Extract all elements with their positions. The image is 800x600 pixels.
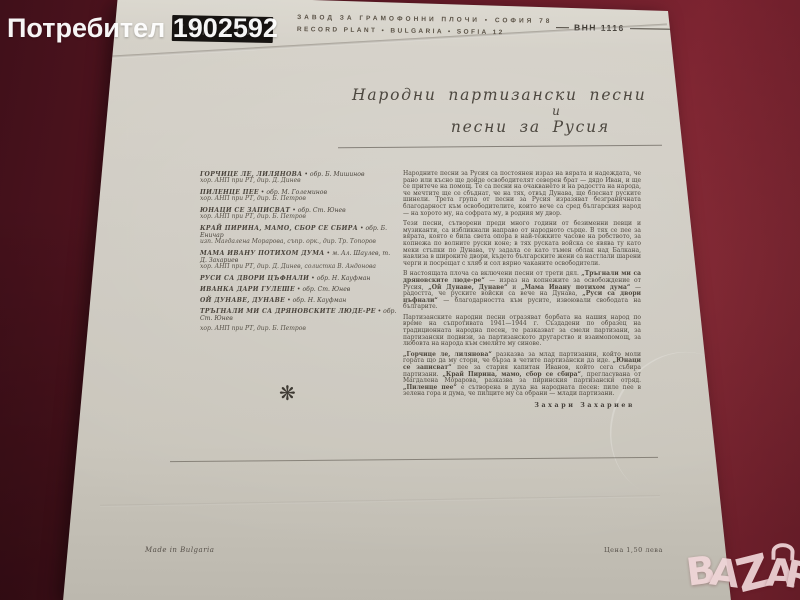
user-watermark: Потребител 1902592 [7,13,278,44]
track-credit: обр. Ст. Юнев [302,286,350,293]
track-performers: хор. АНП при РТ, дир. Б. Петров [200,326,397,333]
track-performers: хор. АНП при РТ, дир. Д. Динев, солистка… [200,264,397,271]
bottom-divider-rule [170,457,658,462]
track-title: ИВАНКА ДАРИ ГУЛЕШЕ [200,286,295,293]
track-item: ИВАНКА ДАРИ ГУЛЕШЕ • обр. Ст. Юнев [200,286,397,293]
title-divider-rule [338,145,662,149]
record-plant-imprint: ЗАВОД ЗА ГРАМОФОННИ ПЛОЧИ • СОФИЯ 78 REC… [297,12,553,40]
bazar-logo: B A Z A R [686,548,800,594]
notes-paragraph: „Горчице ле, лилянова“ разказва за млад … [403,352,641,398]
album-title-line1: Народни партизански песни [352,86,610,104]
paper-crease-lower [100,495,660,507]
track-performers: изп. Магдалена Морарова, съпр. орк., дир… [200,239,397,246]
track-performers: хор. АНП при РТ, дир. Б. Петров [200,196,397,203]
track-credit: обр. Н. Кауфман [293,297,347,304]
track-item: КРАЙ ПИРИНА, МАМО, СБОР СЕ СБИРА • обр. … [200,225,397,246]
track-list: ГОРЧИЦЕ ЛЕ, ЛИЛЯНОВА • обр. Б. Мишинов х… [200,171,397,337]
notes-paragraph: Народните песни за Русия са постоянен из… [403,171,641,217]
liner-notes: Народните песни за Русия са постоянен из… [403,171,641,409]
author-signature: Захари Захариев [403,402,641,409]
track-performers: хор. АНП при РТ, дир. Б. Петров [200,214,397,221]
notes-paragraph: Партизанските народни песни отразяват бо… [403,315,641,348]
album-title-line3: песни за Русия [352,118,610,136]
track-title: ТРЪГНАЛИ МИ СА ДРЯНОВСКИТЕ ЛЮДЕ-РЕ [200,308,376,315]
album-title-line2: и [352,104,610,118]
record-sleeve: ЗАВОД ЗА ГРАМОФОННИ ПЛОЧИ • СОФИЯ 78 REC… [0,0,800,600]
track-item: РУСИ СА ДВОРИ ЦЪФНАЛИ • обр. Н. Кауфман [200,275,397,282]
track-item: ГОРЧИЦЕ ЛЕ, ЛИЛЯНОВА • обр. Б. Мишинов х… [200,171,397,185]
catalog-rule-left [556,27,569,28]
track-title: КРАЙ ПИРИНА, МАМО, СБОР СЕ СБИРА [200,225,358,232]
track-item: ПИЛЕНЦЕ ПЕЕ • обр. М. Големинов хор. АНП… [200,189,397,203]
track-item: МАМА ИВАНУ ПОТИХОМ ДУМА • м. Ал. Шаулев,… [200,250,397,271]
track-item: ОЙ ДУНАВЕ, ДУНАВЕ • обр. Н. Кауфман [200,297,397,304]
track-title: РУСИ СА ДВОРИ ЦЪФНАЛИ [200,275,309,282]
track-item: ТРЪГНАЛИ МИ СА ДРЯНОВСКИТЕ ЛЮДЕ-РЕ • обр… [200,308,397,332]
price-label: Цена 1,50 лева [604,546,663,554]
track-title: ОЙ ДУНАВЕ, ДУНАВЕ [200,297,285,304]
notes-paragraph: Тези песни, сътворени преди много години… [403,221,641,267]
track-performers: хор. АНП при РТ, дир. Д. Динев [200,178,397,185]
track-title: МАМА ИВАНУ ПОТИХОМ ДУМА [200,250,325,257]
made-in-label: Made in Bulgaria [145,546,214,554]
notes-paragraph: В настоящата плоча са включени песни от … [403,271,641,311]
track-item: ЮНАЦИ СЕ ЗАПИСВАТ • обр. Ст. Юнев хор. А… [200,207,397,221]
track-credit: обр. Б. Мишинов [310,171,365,178]
photo-stage: ЗАВОД ЗА ГРАМОФОННИ ПЛОЧИ • СОФИЯ 78 REC… [0,0,800,600]
track-credit: обр. Н. Кауфман [317,275,371,282]
album-title: Народни партизански песни и песни за Рус… [352,86,610,136]
flower-ornament-icon: ❋ [279,381,296,405]
sleeve-paper: ЗАВОД ЗА ГРАМОФОННИ ПЛОЧИ • СОФИЯ 78 REC… [0,0,800,600]
